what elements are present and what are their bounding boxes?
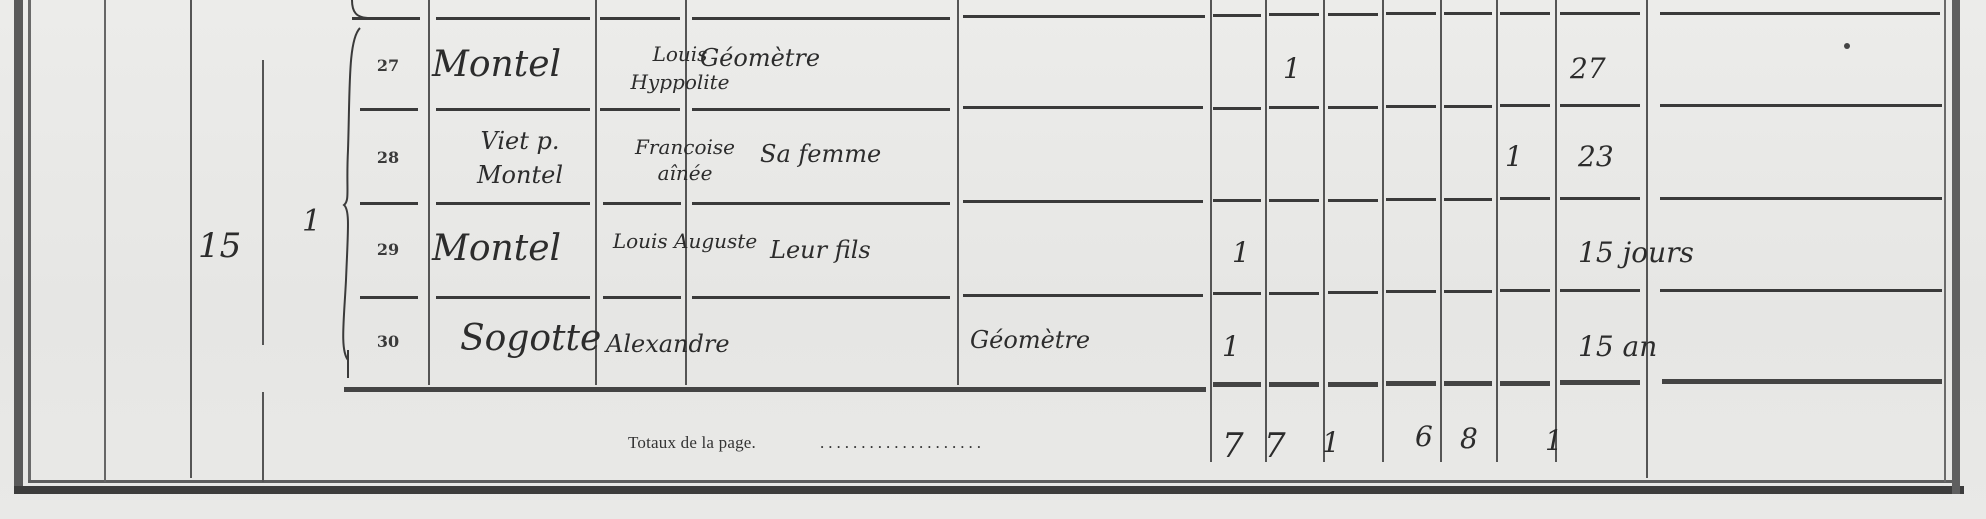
row-separator <box>1269 106 1319 109</box>
row-separator <box>1500 289 1550 292</box>
row-separator <box>603 296 681 299</box>
count-cell: 1 <box>1505 140 1523 173</box>
row-separator <box>1386 12 1436 15</box>
row-separator <box>1328 199 1378 202</box>
row-separator <box>436 17 590 20</box>
row-separator <box>1500 12 1550 15</box>
total-value: 7 <box>1264 426 1286 466</box>
total-value: 1 <box>1545 424 1563 457</box>
row-separator <box>436 202 590 205</box>
column-divider <box>104 0 106 482</box>
row-separator <box>600 108 680 111</box>
given-name-cell: Alexandre <box>606 330 730 358</box>
column-divider <box>262 392 264 482</box>
table-bottom-rule <box>1444 381 1492 386</box>
page-border-bottom <box>14 486 1964 494</box>
row-separator <box>1213 292 1261 295</box>
count-cell: 1 <box>1283 52 1301 85</box>
age-cell: 15 jours <box>1578 236 1694 269</box>
row-separator <box>1660 12 1940 15</box>
row-separator <box>1500 104 1550 107</box>
column-divider <box>262 60 264 345</box>
row-separator <box>1213 107 1261 110</box>
row-separator <box>1328 106 1378 109</box>
row-number: 29 <box>368 240 408 259</box>
row-separator <box>1660 104 1942 107</box>
row-separator <box>1269 292 1319 295</box>
role-cell: Géomètre <box>970 326 1090 354</box>
column-divider <box>1210 0 1212 462</box>
total-value: 6 <box>1415 420 1433 453</box>
role-cell: Leur fils <box>770 236 871 264</box>
row-separator <box>436 296 590 299</box>
row-separator <box>1386 105 1436 108</box>
table-bottom-rule <box>344 387 1206 392</box>
table-bottom-rule <box>1560 380 1640 385</box>
count-cell: 1 <box>1222 330 1240 363</box>
row-separator <box>1444 290 1492 293</box>
column-divider <box>1496 0 1498 462</box>
row-separator <box>1269 199 1319 202</box>
column-divider <box>957 0 959 385</box>
row-separator <box>1660 289 1942 292</box>
column-divider <box>1555 0 1557 462</box>
census-page: 15 1 <box>0 0 1986 519</box>
row-separator <box>692 17 950 20</box>
surname-cell: Montel <box>432 44 561 85</box>
given-name-cell: Louis Auguste <box>610 226 760 256</box>
age-cell: 23 <box>1578 140 1614 173</box>
row-separator <box>360 108 418 111</box>
row-separator <box>603 202 681 205</box>
page-border-left-inner <box>28 0 31 482</box>
row-separator <box>360 296 418 299</box>
table-bottom-rule <box>1328 382 1378 387</box>
page-border-left <box>14 0 23 490</box>
row-separator <box>1213 14 1261 17</box>
row-separator <box>692 296 950 299</box>
row-separator <box>1444 105 1492 108</box>
total-value: 7 <box>1222 426 1244 466</box>
row-separator <box>692 108 950 111</box>
role-cell: Sa femme <box>760 140 881 168</box>
row-separator <box>1560 12 1640 15</box>
column-divider <box>428 0 430 385</box>
row-separator <box>1560 104 1640 107</box>
row-separator <box>1444 198 1492 201</box>
page-border-right-inner <box>1944 0 1946 482</box>
row-separator <box>1386 198 1436 201</box>
column-divider <box>190 0 192 478</box>
surname-cell: Viet p. Montel <box>440 124 600 192</box>
row-separator <box>1444 12 1492 15</box>
count-cell: 1 <box>1232 236 1250 269</box>
row-separator <box>963 200 1203 203</box>
row-separator <box>600 17 680 20</box>
table-bottom-rule <box>1386 381 1436 386</box>
row-separator <box>1213 199 1261 202</box>
row-separator <box>436 108 590 111</box>
column-divider <box>1440 0 1442 462</box>
surname-cell: Sogotte <box>460 318 601 359</box>
total-value: 8 <box>1460 422 1478 455</box>
bracket-brace-icon <box>330 0 370 380</box>
row-separator <box>360 202 418 205</box>
total-value: 1 <box>1322 426 1340 459</box>
column-divider <box>1382 0 1384 462</box>
page-border-right <box>1952 0 1960 494</box>
leader-dots: .................... <box>820 433 985 453</box>
age-cell: 15 an <box>1578 330 1657 363</box>
row-separator <box>692 202 950 205</box>
row-number: 27 <box>368 56 408 75</box>
table-bottom-rule <box>1662 379 1942 384</box>
house-count: 15 <box>198 226 241 266</box>
given-name-cell: Francoise aînée <box>610 134 760 186</box>
page-border-bottom-inner <box>28 480 1958 483</box>
row-separator <box>1500 197 1550 200</box>
ink-dot <box>1844 43 1850 49</box>
row-separator <box>352 17 420 20</box>
table-bottom-rule <box>1500 381 1550 386</box>
row-separator <box>963 15 1205 18</box>
household-count: 1 <box>302 204 321 239</box>
column-divider <box>1323 0 1325 462</box>
table-bottom-rule <box>1213 382 1261 387</box>
totals-label: Totaux de la page. <box>628 433 756 453</box>
table-bottom-rule <box>1269 382 1319 387</box>
row-separator <box>1269 13 1319 16</box>
row-separator <box>1660 197 1942 200</box>
row-separator <box>1560 197 1640 200</box>
column-divider <box>1265 0 1267 462</box>
row-separator <box>963 106 1203 109</box>
row-separator <box>1386 290 1436 293</box>
row-number: 30 <box>368 332 408 351</box>
row-separator <box>1328 291 1378 294</box>
age-cell: 27 <box>1570 52 1606 85</box>
row-separator <box>963 294 1203 297</box>
row-number: 28 <box>368 148 408 167</box>
row-separator <box>1560 289 1640 292</box>
row-separator <box>1328 13 1378 16</box>
surname-cell: Montel <box>432 228 561 269</box>
role-cell: Géomètre <box>700 44 820 72</box>
